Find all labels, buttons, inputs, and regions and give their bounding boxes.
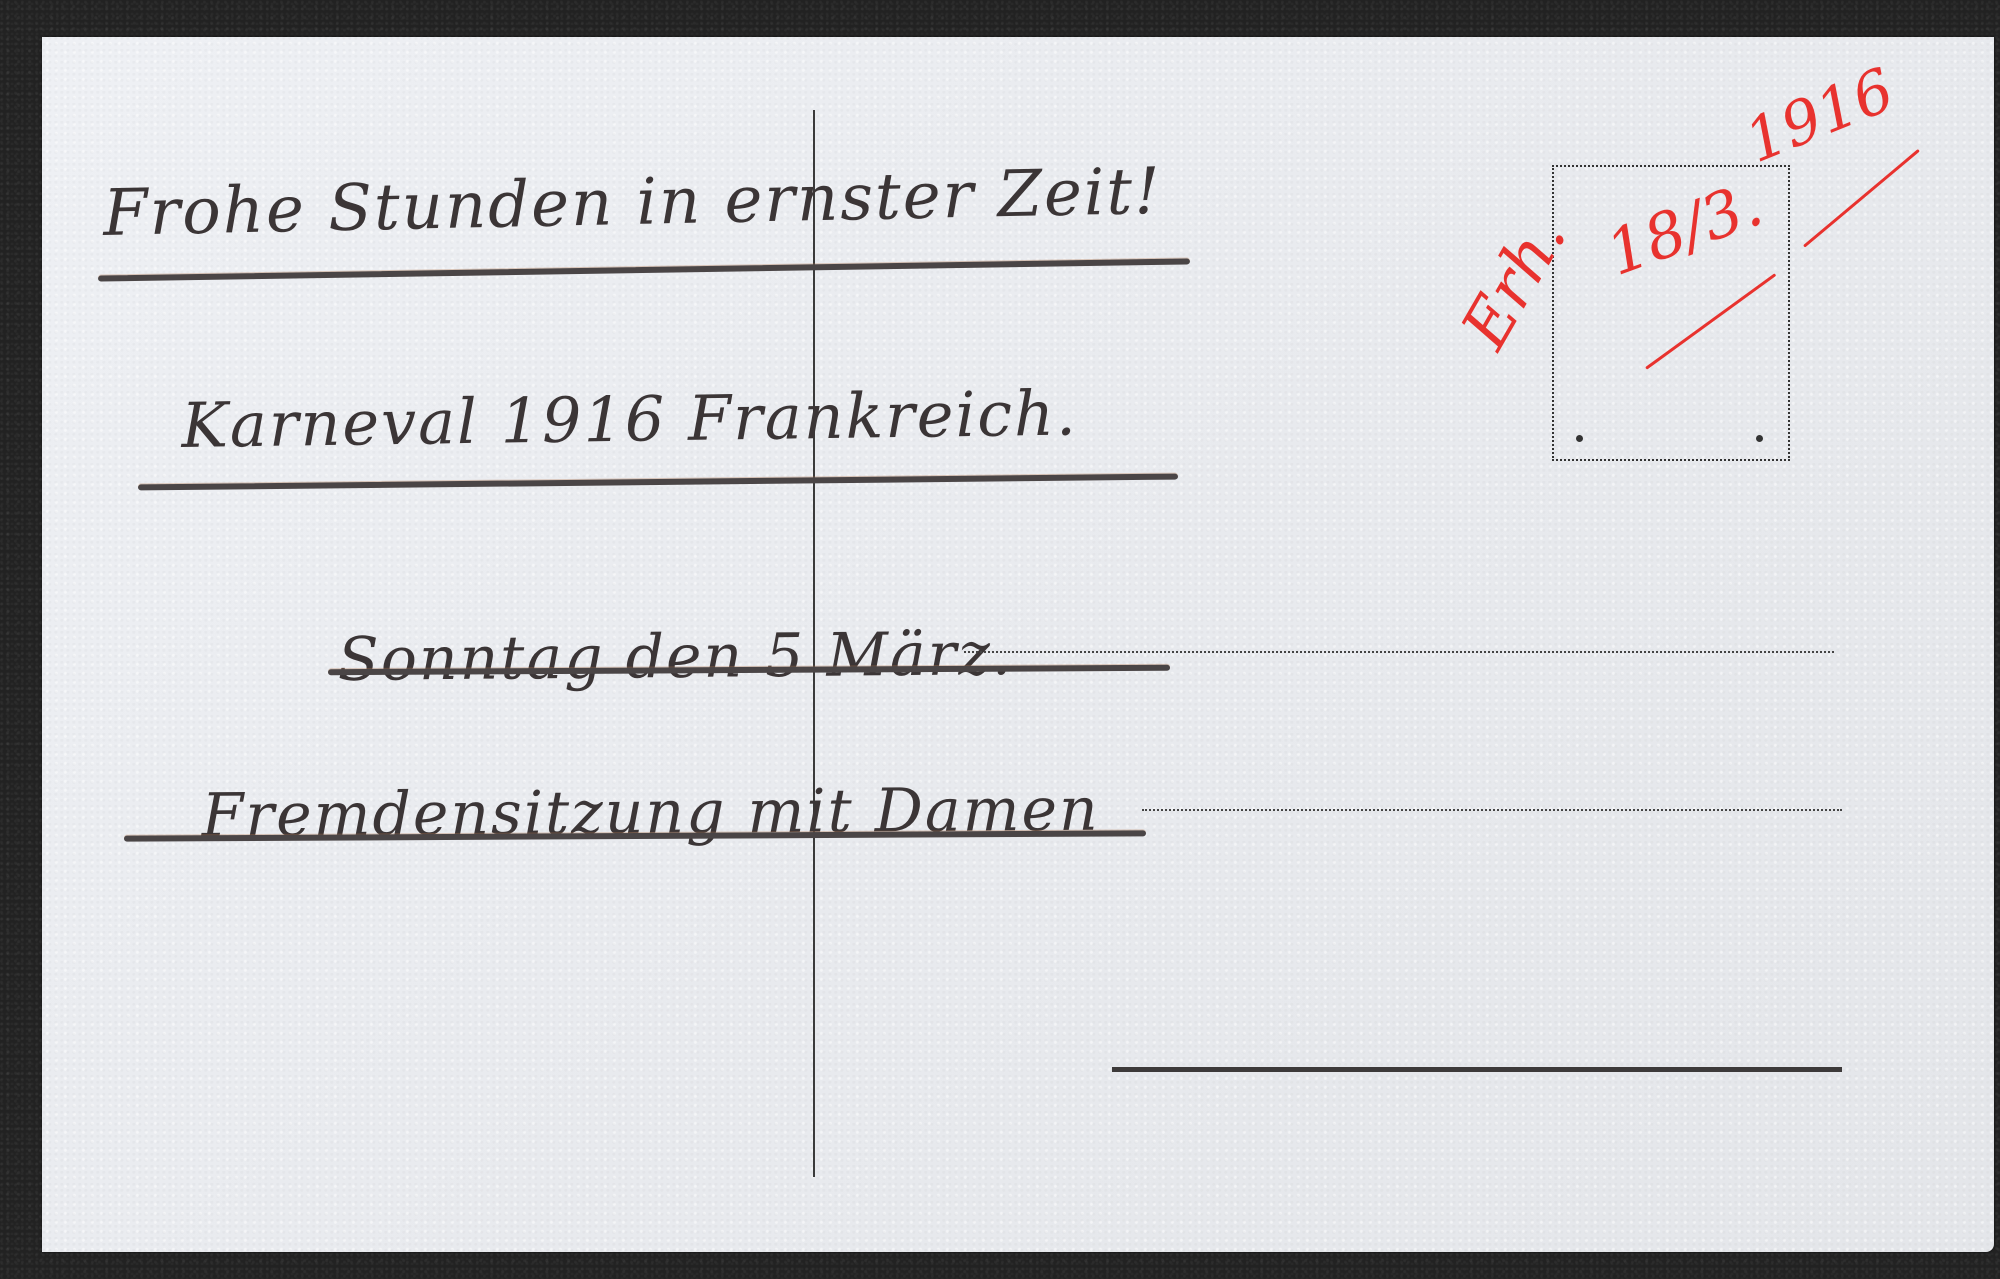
handwritten-line-1: Frohe Stunden in ernster Zeit! — [102, 155, 1162, 251]
underline-2 — [138, 474, 1178, 491]
handwritten-line-2: Karneval 1916 Frankreich. — [181, 376, 1078, 462]
stamp-corner-dot-right — [1756, 435, 1763, 442]
underline-1 — [98, 258, 1190, 281]
address-dotted-line-2 — [1142, 809, 1842, 811]
received-annotation-year: 1916 — [1736, 55, 1904, 177]
red-underline-year — [1803, 149, 1920, 248]
postcard: Frohe Stunden in ernster Zeit! Karneval … — [42, 37, 1994, 1252]
address-dotted-line-1 — [964, 651, 1834, 653]
stamp-corner-dot-left — [1576, 435, 1583, 442]
handwritten-line-3: Sonntag den 5 März. — [337, 619, 1013, 695]
address-solid-line — [1112, 1067, 1842, 1072]
